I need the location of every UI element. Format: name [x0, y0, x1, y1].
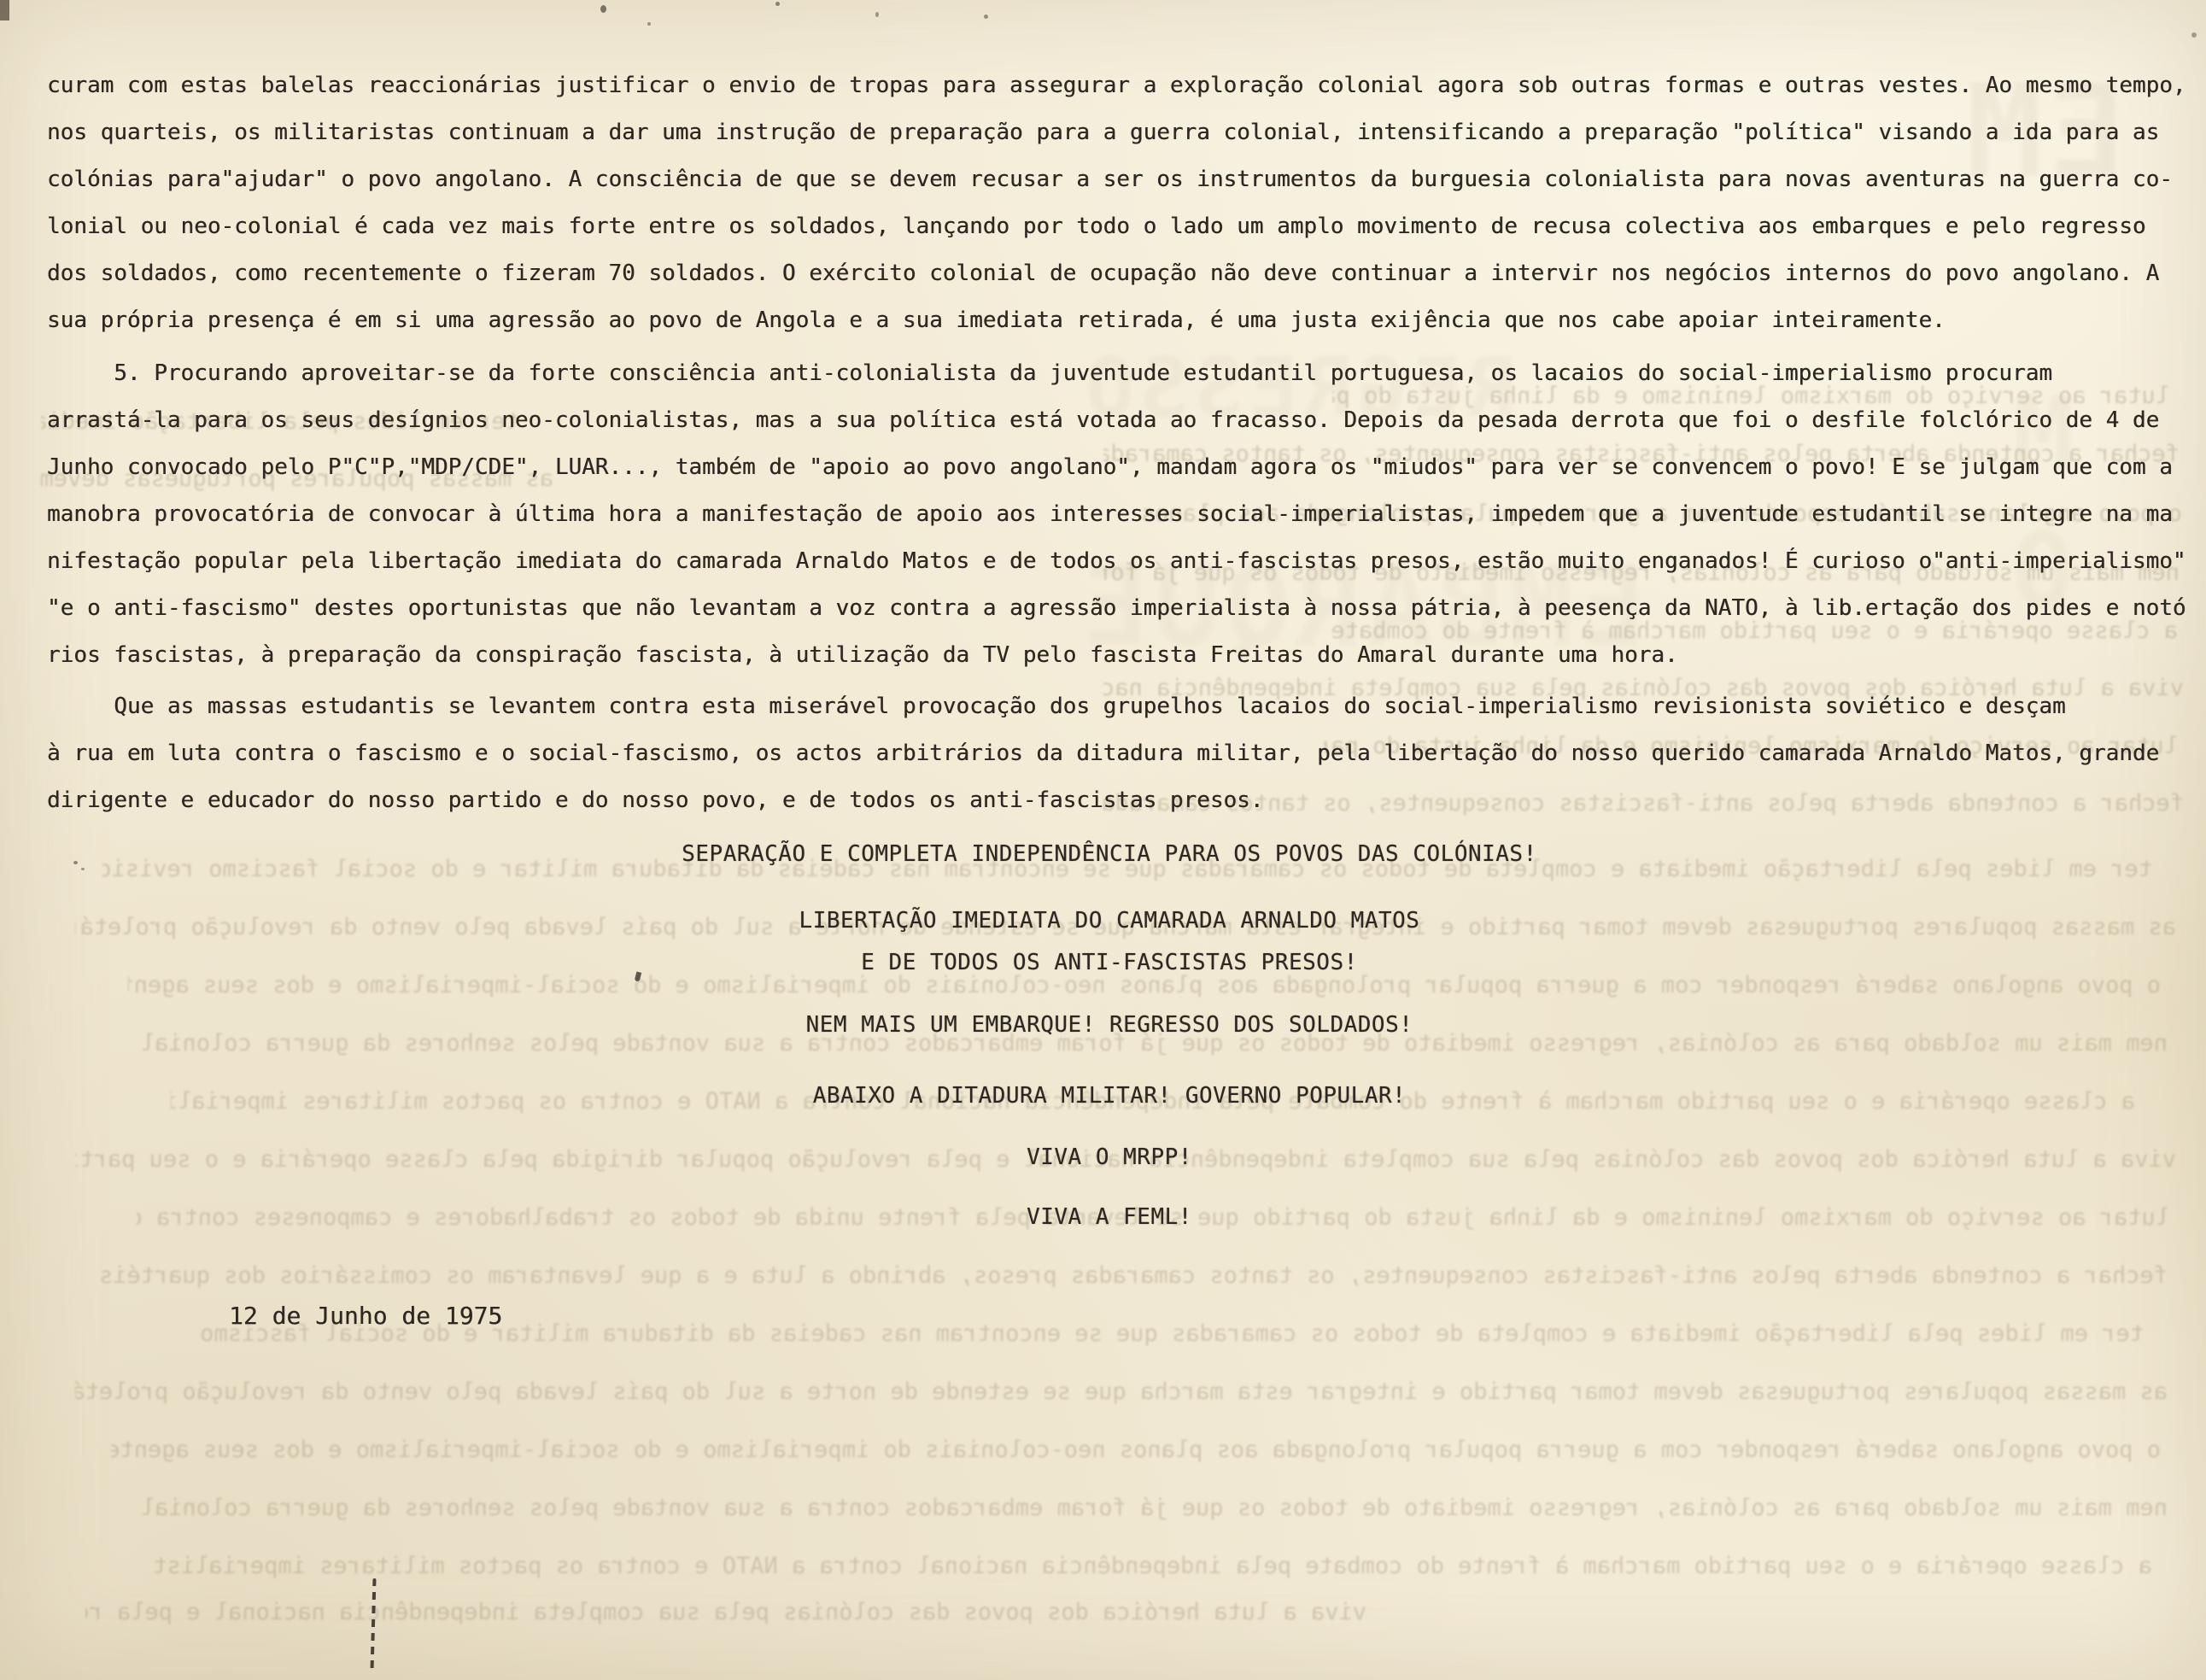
dust-speck [81, 868, 85, 870]
dust-speck [647, 22, 651, 26]
dust-speck [2191, 32, 2197, 38]
dust-speck [875, 12, 879, 17]
dust-speck [775, 2, 780, 6]
slogan-line: VIVA A FEML! [47, 1204, 2172, 1230]
slogan-line: VIVA O MRPP! [47, 1144, 2172, 1170]
dust-speck [600, 5, 606, 13]
slogan-line: E DE TODOS OS ANTI-FASCISTAS PRESOS! [47, 950, 2172, 975]
slogan-line: NEM MAIS UM EMBARQUE! REGRESSO DOS SOLDA… [47, 1012, 2172, 1038]
date-line: 12 de Junho de 1975 [229, 1302, 502, 1330]
slogan-line: SEPARAÇÃO E COMPLETA INDEPENDÊNCIA PARA … [47, 841, 2172, 867]
dust-speck [73, 861, 78, 864]
scan-corner-artifact [0, 0, 9, 20]
slogan-line: ABAIXO A DITADURA MILITAR! GOVERNO POPUL… [47, 1083, 2172, 1109]
dust-speck [984, 15, 988, 19]
slogans-layer: SEPARAÇÃO E COMPLETA INDEPENDÊNCIA PARA … [0, 0, 2206, 1680]
scanned-leaflet-page: lutar ao serviço do marxismo leninismo e… [0, 0, 2206, 1680]
slogan-line: LIBERTAÇÃO IMEDIATA DO CAMARADA ARNALDO … [47, 908, 2172, 934]
